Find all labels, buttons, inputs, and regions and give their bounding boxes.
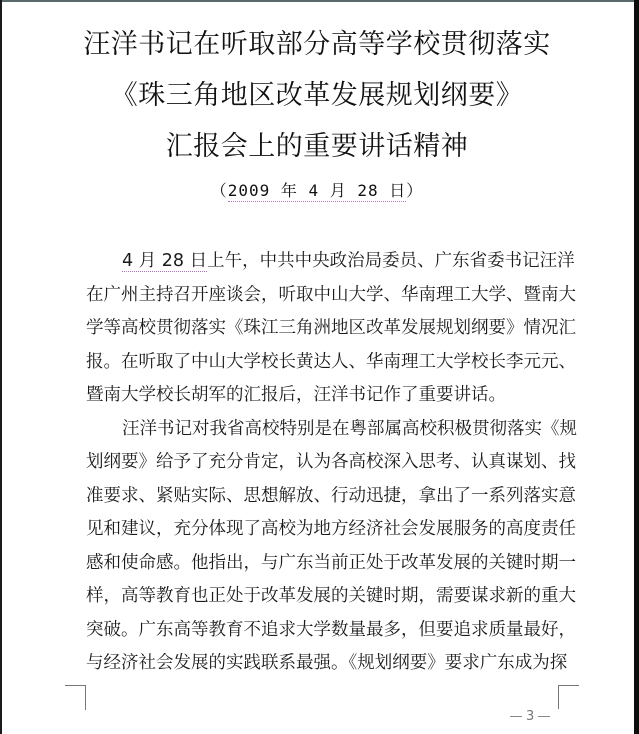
paragraph-2-line-4: 见和建议，充分体现了高校为地方经济社会发展服务的高度责任 bbox=[86, 513, 558, 547]
paragraph-2-line-6: 样，高等教育也正处于改革发展的关键时期，需要谋求新的重大 bbox=[86, 580, 558, 614]
paragraph-2-line-5: 感和使命感。他指出，与广东当前正处于改革发展的关键时期一 bbox=[86, 547, 558, 581]
page-number-dash-left bbox=[510, 716, 522, 717]
paragraph-1-line-1: 4 月 28 日上午，中共中央政治局委员、广东省委书记汪洋 bbox=[86, 245, 558, 279]
paragraph-1-line-3: 学等高校贯彻落实《珠江三角洲地区改革发展规划纲要》情况汇 bbox=[86, 312, 558, 346]
page-number-value: 3 bbox=[526, 709, 534, 724]
date-close-paren: ） bbox=[406, 181, 423, 200]
paragraph-2-line-8: 与经济社会发展的实践联系最强。《规划纲要》要求广东成为探 bbox=[86, 647, 558, 681]
crop-mark-bottom-left-vertical bbox=[85, 685, 86, 710]
paragraph-2-line-3: 准要求、紧贴实际、思想解放、行动迅捷，拿出了一系列落实意 bbox=[86, 480, 558, 514]
crop-mark-bottom-left-horizontal bbox=[65, 685, 86, 686]
page-number: 3 bbox=[510, 709, 550, 724]
paragraph-1-line-2: 在广州主持召开座谈会，听取中山大学、华南理工大学、暨南大 bbox=[86, 279, 558, 313]
paragraph-2-line-7: 突破。广东高等教育不追求大学数量最多，但要追求质量最好， bbox=[86, 614, 558, 648]
page-number-dash-right bbox=[538, 716, 550, 717]
date-underlined-text: 4 月 28 日 bbox=[122, 251, 207, 272]
paragraph-1-line-5: 暨南大学校长胡军的汇报后，汪洋书记作了重要讲话。 bbox=[86, 379, 558, 413]
date-value: 2009 年 4 月 28 日 bbox=[228, 181, 407, 202]
document-title-line-3: 汇报会上的重要讲话精神 bbox=[0, 132, 634, 162]
paragraph-text: 上午，中共中央政治局委员、广东省委书记汪洋 bbox=[207, 251, 575, 271]
date-open-paren: （ bbox=[211, 181, 228, 200]
crop-mark-bottom-right-horizontal bbox=[558, 685, 579, 686]
crop-mark-bottom-right-vertical bbox=[558, 685, 559, 709]
paragraph-1-line-4: 报。在听取了中山大学校长黄达人、华南理工大学校长李元元、 bbox=[86, 346, 558, 380]
page-top-edge bbox=[0, 0, 639, 2]
document-date: （2009 年 4 月 28 日） bbox=[0, 180, 634, 202]
document-title-line-2: 《珠三角地区改革发展规划纲要》 bbox=[0, 81, 634, 111]
paragraph-2-line-2: 划纲要》给予了充分肯定，认为各高校深入思考、认真谋划、找 bbox=[86, 446, 558, 480]
paragraph-2-line-1: 汪洋书记对我省高校特别是在粤部属高校积极贯彻落实《规 bbox=[86, 413, 558, 447]
page-right-edge bbox=[634, 0, 639, 734]
document-body: 4 月 28 日上午，中共中央政治局委员、广东省委书记汪洋 在广州主持召开座谈会… bbox=[86, 245, 558, 681]
document-title-line-1: 汪洋书记在听取部分高等学校贯彻落实 bbox=[0, 30, 634, 60]
